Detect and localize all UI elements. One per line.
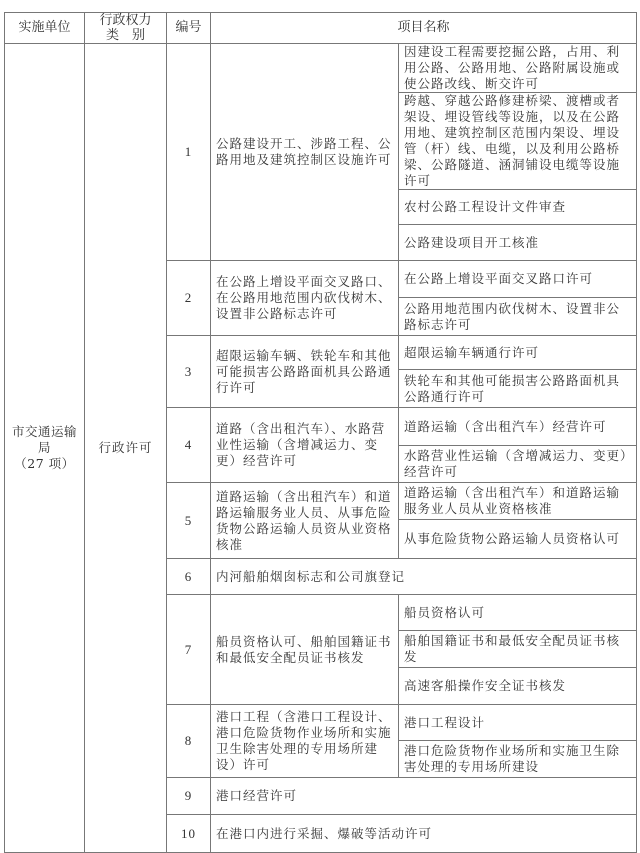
header-category-line1: 行政权力 [90, 13, 161, 28]
item-name: 在公路上增设平面交叉路口、在公路用地范围内砍伐树木、设置非公路标志许可 [211, 261, 399, 336]
sub-item: 港口危险货物作业场所和实施卫生除害处理的专用场所建设 [399, 741, 637, 778]
header-category: 行政权力 类 别 [85, 13, 167, 44]
table-row: 市交通运输 局 （27 项） 行政许可 1 公路建设开工、涉路工程、公路用地及建… [5, 44, 637, 93]
item-name: 道路运输（含出租汽车）和道路运输服务业人员、从事危险货物公路运输人员资从业资格核… [211, 483, 399, 559]
unit-cell: 市交通运输 局 （27 项） [5, 44, 85, 836]
category-cell: 行政许可 [85, 44, 167, 836]
sub-item: 因建设工程需要挖掘公路，占用、利用公路、公路用地、公路附属设施或使公路改线、断交… [399, 44, 637, 93]
header-number: 编号 [167, 13, 211, 44]
row-number: 9 [167, 778, 211, 815]
sub-item: 超限运输车辆通行许可 [399, 336, 637, 370]
header-item-name: 项目名称 [211, 13, 637, 44]
row-number: 1 [167, 44, 211, 261]
header-category-line2: 类 别 [90, 28, 161, 43]
sub-item: 从事危险货物公路运输人员资格认可 [399, 520, 637, 559]
header-unit: 实施单位 [5, 13, 85, 44]
sub-item: 公路建设项目开工核准 [399, 225, 637, 261]
item-name: 船员资格认可、船舶国籍证书和最低安全配员证书核发 [211, 595, 399, 705]
sub-item: 高速客船操作安全证书核发 [399, 668, 637, 705]
row-number: 10 [167, 815, 211, 836]
row-number: 8 [167, 705, 211, 778]
sub-item: 公路用地范围内砍伐树木、设置非公路标志许可 [399, 298, 637, 336]
sub-item: 水路营业性运输（含增减运力、变更）经营许可 [399, 446, 637, 483]
item-name: 公路建设开工、涉路工程、公路用地及建筑控制区设施许可 [211, 44, 399, 261]
sub-item: 跨越、穿越公路修建桥梁、渡槽或者架设、埋设管线等设施，以及在公路用地、建筑控制区… [399, 93, 637, 190]
row-number: 4 [167, 408, 211, 483]
sub-item: 船舶国籍证书和最低安全配员证书核发 [399, 631, 637, 668]
header-row: 实施单位 行政权力 类 别 编号 项目名称 [5, 13, 637, 44]
row-number: 2 [167, 261, 211, 336]
row-number: 5 [167, 483, 211, 559]
item-name: 内河船舶烟囱标志和公司旗登记 [211, 559, 637, 595]
unit-line3: （27 项） [10, 456, 79, 472]
sub-item: 港口工程设计 [399, 705, 637, 741]
row-number: 3 [167, 336, 211, 408]
unit-line1: 市交通运输 [10, 424, 79, 440]
item-name: 港口经营许可 [211, 778, 637, 815]
row-number: 7 [167, 595, 211, 705]
row-number: 6 [167, 559, 211, 595]
sub-item: 铁轮车和其他可能损害公路路面机具公路通行许可 [399, 370, 637, 408]
sub-item: 在公路上增设平面交叉路口许可 [399, 261, 637, 298]
sub-item: 船员资格认可 [399, 595, 637, 631]
unit-line2: 局 [10, 440, 79, 456]
permit-table: 实施单位 行政权力 类 别 编号 项目名称 市交通运输 局 （27 项） 行政许… [4, 12, 637, 835]
item-name: 港口工程（含港口工程设计、港口危险货物作业场所和实施卫生除害处理的专用场所建设）… [211, 705, 399, 778]
sub-item: 道路运输（含出租汽车）经营许可 [399, 408, 637, 446]
item-name: 道路（含出租汽车）、水路营业性运输（含增减运力、变更）经营许可 [211, 408, 399, 483]
item-name: 在港口内进行采掘、爆破等活动许可 [211, 815, 637, 836]
sub-item: 道路运输（含出租汽车）和道路运输服务业人员从业资格核准 [399, 483, 637, 520]
item-name: 超限运输车辆、铁轮车和其他可能损害公路路面机具公路通行许可 [211, 336, 399, 408]
sub-item: 农村公路工程设计文件审查 [399, 190, 637, 225]
